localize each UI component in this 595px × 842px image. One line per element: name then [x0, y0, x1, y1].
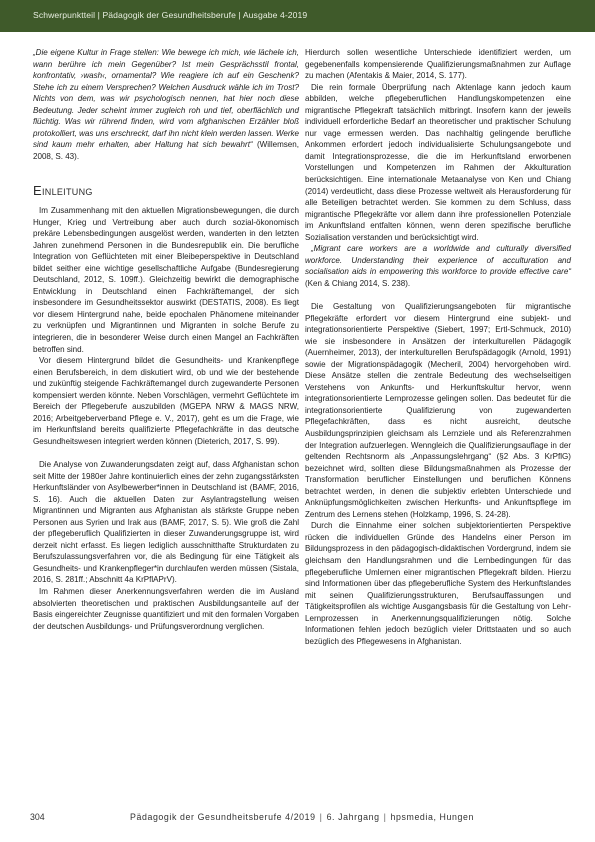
left-column: „Die eigene Kultur in Frage stellen: Wie… — [33, 47, 299, 632]
paragraph: Im Zusammenhang mit den aktuellen Migrat… — [33, 205, 299, 355]
paragraph: Im Rahmen dieser Anerkennungsverfahren w… — [33, 586, 299, 632]
volume: 6. Jahrgang — [327, 812, 380, 822]
publisher: hpsmedia, Hungen — [391, 812, 474, 822]
journal-title: Pädagogik der Gesundheitsberufe 4/2019 — [130, 812, 316, 822]
running-header: Schwerpunktteil | Pädagogik der Gesundhe… — [33, 10, 307, 20]
opening-quote: „Die eigene Kultur in Frage stellen: Wie… — [33, 47, 299, 162]
page-number: 304 — [30, 812, 45, 822]
paragraph: Die Gestaltung von Qualifizierungsangebo… — [305, 301, 571, 520]
paragraph: Vor diesem Hintergrund bildet die Gesund… — [33, 355, 299, 447]
quote-citation: (Ken & Chiang 2014, S. 238). — [305, 279, 410, 288]
paragraph: Die rein formale Überprüfung nach Aktenl… — [305, 82, 571, 244]
section-heading: Einleitung — [33, 185, 299, 197]
quote-text: „Migrant care workers are a worldwide an… — [305, 244, 571, 276]
paragraph: Hierdurch sollen wesentliche Unterschied… — [305, 47, 571, 82]
right-column: Hierdurch sollen wesentliche Unterschied… — [305, 47, 571, 647]
paragraph: Durch die Einnahme einer solchen subjekt… — [305, 520, 571, 647]
separator: | — [380, 812, 391, 822]
paragraph: Die Analyse von Zuwanderungsdaten zeigt … — [33, 459, 299, 586]
header-bar: Schwerpunktteil | Pädagogik der Gesundhe… — [0, 0, 595, 32]
quote-text: „Die eigene Kultur in Frage stellen: Wie… — [33, 48, 299, 149]
separator: | — [316, 812, 327, 822]
journal-info: Pädagogik der Gesundheitsberufe 4/2019|6… — [130, 812, 474, 822]
block-quote: „Migrant care workers are a worldwide an… — [305, 243, 571, 289]
